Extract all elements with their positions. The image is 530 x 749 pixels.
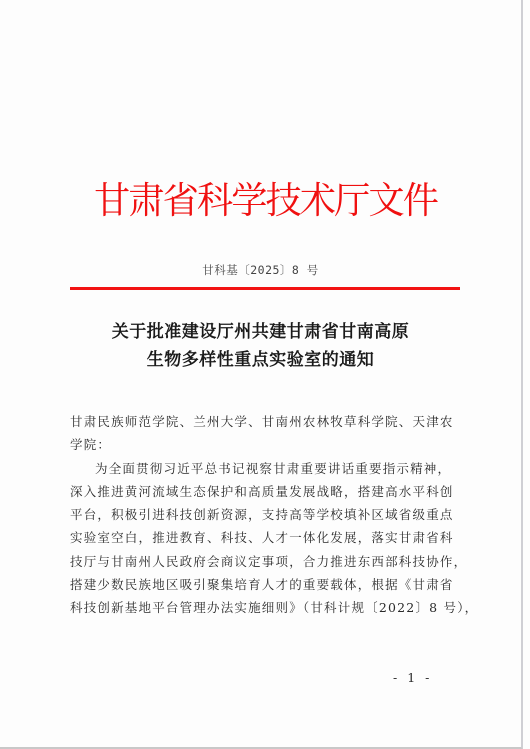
- body-text: 甘肃民族师范学院、兰州大学、甘南州农林牧草科学院、天津农 学院： 为全面贯彻习近…: [70, 410, 460, 620]
- title-line-2: 生物多样性重点实验室的通知: [0, 346, 521, 374]
- page-number: - 1 -: [393, 670, 432, 685]
- body-line: 科技创新基地平台管理办法实施细则》（甘科计规〔2022〕8 号），: [70, 596, 460, 619]
- body-line: 搭建少数民族地区吸引聚集培育人才的重要载体，根据《甘肃省: [70, 573, 460, 596]
- document-page: 甘肃省科学技术厅文件 甘科基〔2025〕8 号 关于批准建设厅州共建甘肃省甘南高…: [0, 0, 523, 749]
- body-line: 平台，积极引进科技创新资源，支持高等学校填补区域省级重点: [70, 503, 460, 526]
- body-line: 为全面贯彻习近平总书记视察甘肃重要讲话重要指示精神，: [70, 457, 460, 480]
- body-line: 甘肃民族师范学院、兰州大学、甘南州农林牧草科学院、天津农: [70, 410, 460, 433]
- red-separator-line: [70, 287, 460, 290]
- body-line: 深入推进黄河流域生态保护和高质量发展战略，搭建高水平科创: [70, 480, 460, 503]
- masthead-title: 甘肃省科学技术厅文件: [94, 176, 431, 226]
- body-line: 技厅与甘南州人民政府会商议定事项，合力推进东西部科技协作，: [70, 550, 460, 573]
- body-line: 实验室空白，推进教育、科技、人才一体化发展，落实甘肃省科: [70, 526, 460, 549]
- title-line-1: 关于批准建设厅州共建甘肃省甘南高原: [0, 318, 521, 346]
- notice-title: 关于批准建设厅州共建甘肃省甘南高原 生物多样性重点实验室的通知: [0, 318, 521, 374]
- document-number: 甘科基〔2025〕8 号: [0, 262, 521, 278]
- body-line: 学院：: [70, 433, 460, 456]
